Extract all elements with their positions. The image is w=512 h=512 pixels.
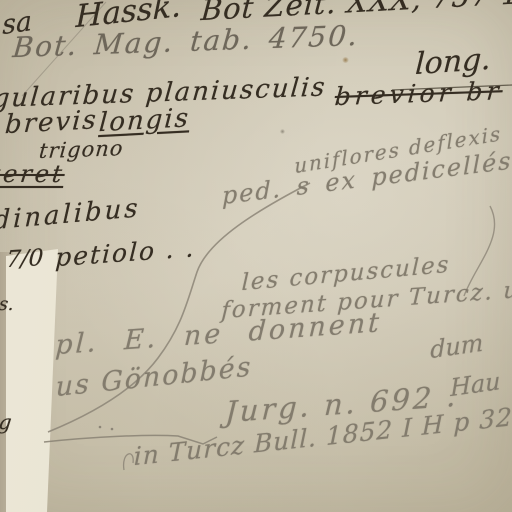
underlined-word: longis [98,105,191,136]
struck-out-word: teret [0,162,66,186]
handwriting-ink-word: trigono [38,138,124,162]
handwriting-ink-word: brevis [4,107,99,138]
fox-spot [280,129,285,134]
edge-ink-fragment: g [0,412,13,432]
edge-ink-fragment: s. [0,296,15,314]
pencil-fragment: dum [430,331,483,363]
handwriting-ink-word: long. [414,45,491,80]
struck-out-word: brevior br [334,78,504,109]
handwriting-ink-fragment: 7/0 [5,247,44,272]
fox-spot [342,57,349,63]
manuscript-scan: sa Hassk. Bot Zeit. XXX, 757-1 Bot. Mag.… [0,0,512,512]
